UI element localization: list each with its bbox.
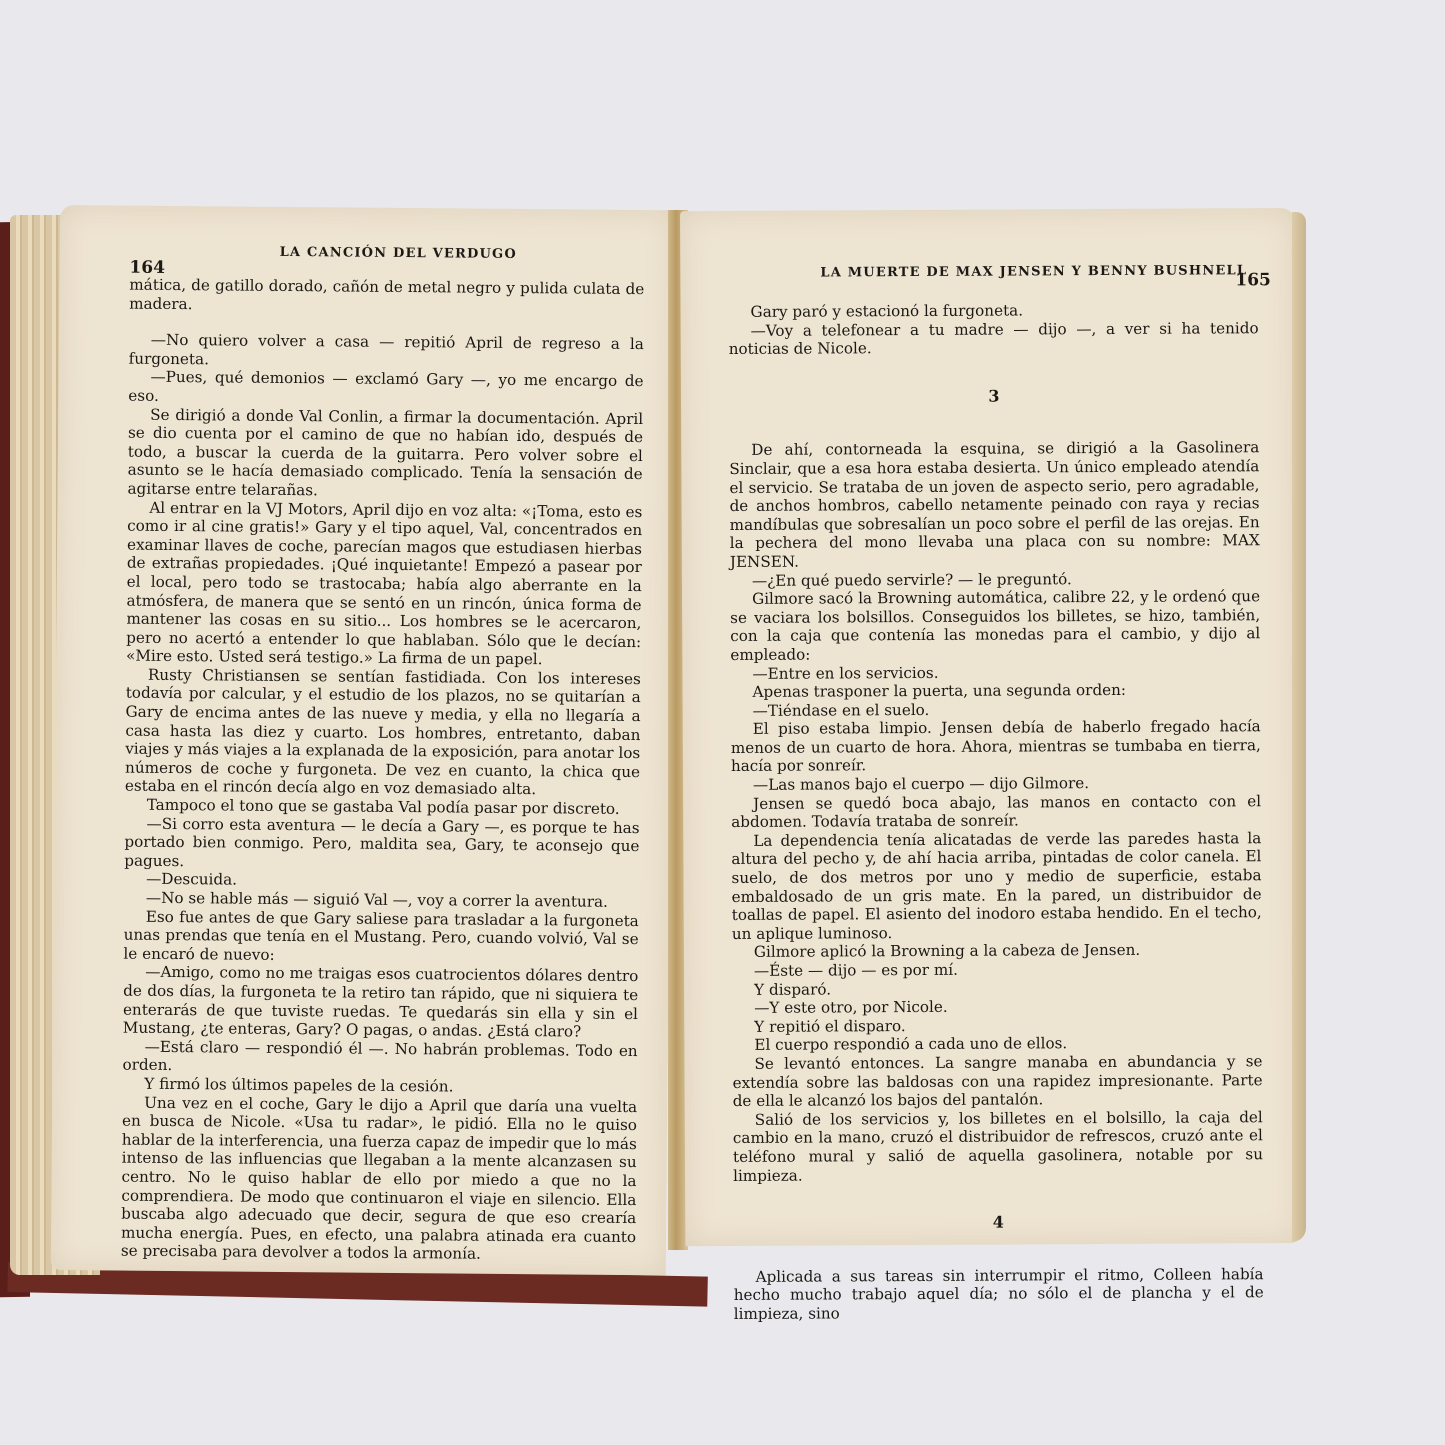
right-page: LA MUERTE DE MAX JENSEN Y BENNY BUSHNELL…: [680, 208, 1300, 1246]
left-page-body: mática, de gatillo dorado, cañón de meta…: [121, 276, 645, 1265]
paragraph: —No quiero volver a casa — repitió April…: [129, 331, 644, 373]
paragraph: Rusty Christiansen se sentían fastidiada…: [125, 665, 641, 800]
paragraph: Se levantó entonces. La sangre manaba en…: [732, 1052, 1262, 1111]
paragraph: mática, de gatillo dorado, cañón de meta…: [129, 276, 644, 318]
paragraph: —Voy a telefonear a tu madre — dijo —, a…: [729, 319, 1259, 359]
paragraph: Una vez en el coche, Gary le dijo a Apri…: [121, 1093, 637, 1265]
paragraph: —Amigo, como no me traigas esos cuatroci…: [123, 963, 639, 1042]
paragraph: Al entrar en la VJ Motors, April dijo en…: [126, 498, 642, 670]
page-edges-right: [1292, 212, 1306, 1242]
page-number-right: 165: [1235, 270, 1271, 290]
paragraph: El piso estaba limpio. Jensen debía de h…: [731, 717, 1261, 776]
paragraph: La dependencia tenía alicatadas de verde…: [731, 829, 1262, 943]
paragraph: Aplicada a sus tareas sin interrumpir el…: [734, 1265, 1264, 1324]
paragraph: Eso fue antes de que Gary saliese para t…: [123, 907, 638, 967]
running-head-left: LA CANCIÓN DEL VERDUGO: [280, 245, 517, 262]
right-page-body: Gary paró y estacionó la furgoneta.—Voy …: [728, 300, 1263, 1323]
paragraph: De ahí, contorneada la esquina, se dirig…: [729, 439, 1260, 572]
paragraph: —Si corro esta aventura — le decía a Gar…: [124, 814, 639, 874]
paragraph: Se dirigió a donde Val Conlin, a firmar …: [127, 405, 643, 502]
paragraph: —Pues, qué demonios — exclamó Gary —, yo…: [128, 368, 643, 410]
running-head-right: LA MUERTE DE MAX JENSEN Y BENNY BUSHNELL: [820, 263, 1247, 280]
paragraph: —Está claro — respondió él —. No habrán …: [122, 1037, 637, 1079]
left-page: 164 LA CANCIÓN DEL VERDUGO mática, de ga…: [51, 205, 675, 1275]
paragraph: Jensen se quedó boca abajo, las manos en…: [731, 792, 1261, 832]
paragraph: Salió de los servicios y, los billetes e…: [733, 1108, 1263, 1185]
section-number: 4: [733, 1212, 1263, 1233]
paragraph: Gilmore sacó la Browning automática, cal…: [730, 587, 1260, 664]
section-number: 3: [729, 386, 1259, 407]
